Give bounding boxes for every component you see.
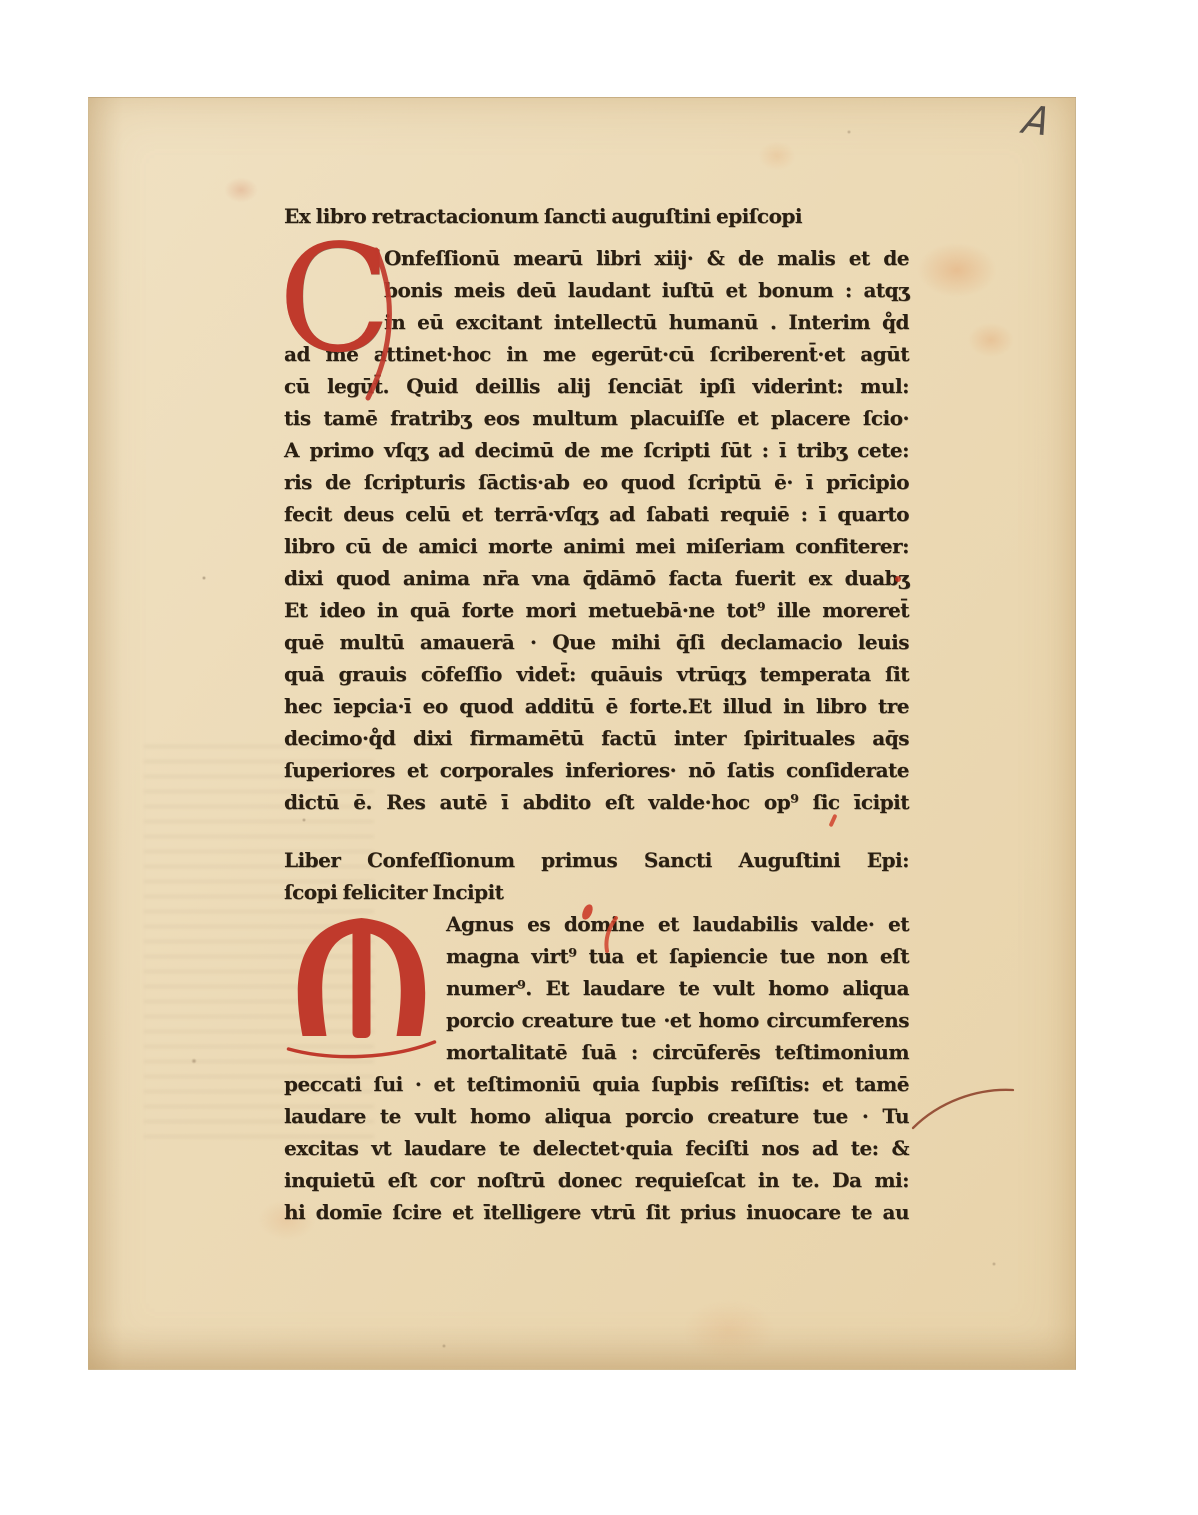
text-line: libro cū de amici morte animi mei miſeri…: [284, 530, 909, 562]
text-line: dixi quod anima nr̄a vna q̄dāmō facta fu…: [284, 562, 909, 594]
text-line: fecit deus celū et terrā·vſqʒ ad ſabati …: [284, 498, 909, 530]
margin-pen-stroke-icon: [909, 1080, 1017, 1132]
text-line: ſuperiores et corporales inferiores· nō …: [284, 754, 909, 786]
drop-cap-m: M: [284, 908, 446, 1068]
text-line: hec īepcia·ī eo quod additū ē forte.Et i…: [284, 690, 909, 722]
retractatio-paragraph: C Onfeſſionū mearū libri xiij· & de mali…: [284, 242, 909, 818]
text-line: excitas vt laudare te delectet·quia feci…: [284, 1132, 909, 1164]
text-line: decimo·q̊d dixi firmamētū factū inter ſp…: [284, 722, 909, 754]
text-line: tis tamē fratribʒ eos multum placuiſſe e…: [284, 402, 909, 434]
incipit-heading-line-2: ſcopi feliciter Incipit: [284, 876, 909, 908]
text-line: dictū ē. Res autē ī abdito eſt valde·hoc…: [284, 786, 909, 818]
drop-cap-m-icon: [284, 908, 439, 1068]
text-line: peccati ſui · et teſtimoniū quia ſupbis …: [284, 1068, 909, 1100]
manuscript-page: A Ex libro retractacionum ſancti auguſti…: [88, 97, 1076, 1370]
scanned-document: { "palette": { "paper": "#ecdab6", "ink"…: [0, 0, 1198, 1515]
red-slash-mark-icon: [600, 916, 620, 954]
text-line: quē multū amauerā · Que mihi q̄ſi declam…: [284, 626, 909, 658]
folio-mark: A: [1012, 98, 1081, 153]
incipit-heading-line-1: Liber Confeſſionum primus Sancti Auguſti…: [284, 844, 909, 876]
incipit-paragraph: M Agnus es domine et laudabilis valde· e…: [284, 908, 909, 1228]
text-line: A primo vſqʒ ad decimū de me ſcripti ſūt…: [284, 434, 909, 466]
text-line: inquietū eſt cor noſtrū donec requieſcat…: [284, 1164, 909, 1196]
text-line: Et ideo in quā forte mori metuebā·ne tot…: [284, 594, 909, 626]
drop-cap-c-tail-icon: [340, 248, 400, 403]
text-line: hi domīe ſcire et ītelligere vtrū ſit pr…: [284, 1196, 909, 1228]
text-block: Ex libro retractacionum ſancti auguſtini…: [284, 200, 909, 1228]
text-line: laudare te vult homo aliqua porcio creat…: [284, 1100, 909, 1132]
text-line: ris de ſcripturis ſāctis·ab eo quod ſcri…: [284, 466, 909, 498]
drop-cap-c: C: [284, 242, 384, 338]
red-ink-dot: [895, 576, 901, 582]
text-line: quā grauis cōfeſſio videt̄: quāuis vtrūq…: [284, 658, 909, 690]
